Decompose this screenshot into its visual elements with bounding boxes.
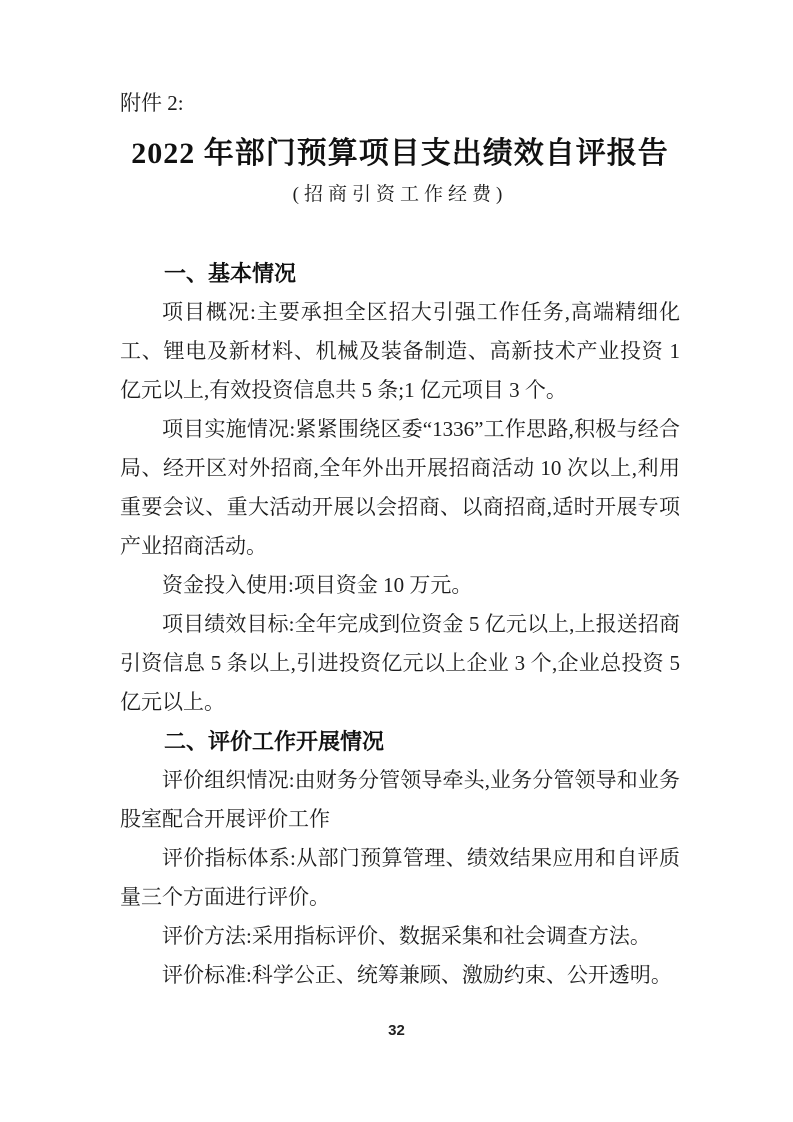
section-heading-evaluation-work: 二、评价工作开展情况 (120, 722, 680, 761)
paragraph-evaluation-organization: 评价组织情况:由财务分管领导牵头,业务分管领导和业务股室配合开展评价工作 (120, 761, 680, 839)
paragraph-project-overview: 项目概况:主要承担全区招大引强工作任务,高端精细化工、锂电及新材料、机械及装备制… (120, 293, 680, 410)
section-heading-basic-info: 一、基本情况 (120, 254, 680, 293)
attachment-label: 附件 2: (120, 88, 680, 118)
document-subtitle: (招商引资工作经费) (120, 180, 680, 210)
paragraph-project-implementation: 项目实施情况:紧紧围绕区委“1336”工作思路,积极与经合局、经开区对外招商,全… (120, 410, 680, 566)
document-title: 2022 年部门预算项目支出绩效自评报告 (120, 132, 680, 176)
paragraph-performance-goals: 项目绩效目标:全年完成到位资金 5 亿元以上,上报送招商引资信息 5 条以上,引… (120, 605, 680, 722)
document-body: 一、基本情况 项目概况:主要承担全区招大引强工作任务,高端精细化工、锂电及新材料… (120, 254, 680, 995)
page-number: 32 (0, 1022, 793, 1039)
paragraph-evaluation-method: 评价方法:采用指标评价、数据采集和社会调查方法。 (120, 917, 680, 956)
paragraph-funds-usage: 资金投入使用:项目资金 10 万元。 (120, 566, 680, 605)
document-page: 附件 2: 2022 年部门预算项目支出绩效自评报告 (招商引资工作经费) 一、… (0, 0, 793, 1122)
paragraph-evaluation-index-system: 评价指标体系:从部门预算管理、绩效结果应用和自评质量三个方面进行评价。 (120, 839, 680, 917)
paragraph-evaluation-standard: 评价标准:科学公正、统筹兼顾、激励约束、公开透明。 (120, 956, 680, 995)
